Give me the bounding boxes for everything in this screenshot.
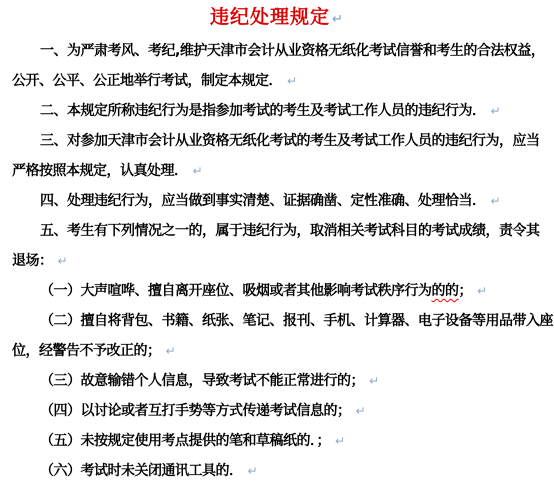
doc-line: 三、对参加天津市会计从业资格无纸化考试的考生及考试工作人员的违纪行为，应当: [12, 126, 544, 156]
paragraph-mark-icon: ↵: [58, 246, 68, 276]
doc-line: 位，经警告不予改正的；↵: [12, 336, 544, 366]
doc-line-text: 位，经警告不予改正的；: [12, 343, 161, 359]
doc-line-text: 严格按照本规定，认真处理．: [12, 163, 188, 179]
doc-line-text: （六）考试时未关闭通讯工具的．: [40, 463, 243, 479]
doc-line: 四、处理违纪行为，应当做到事实清楚、证据确凿、定性准确、处理恰当．↵: [12, 186, 544, 216]
doc-line-text: 公开、公平、公正地举行考试，制定本规定．: [12, 73, 282, 89]
doc-line: 五、考生有下列情况之一的，属于违纪行为，取消相关考试科目的考试成绩，责令其: [12, 216, 544, 246]
doc-line-text: 三、对参加天津市会计从业资格无纸化考试的考生及考试工作人员的违纪行为，应当: [40, 133, 540, 149]
doc-line-text: （五）未按规定使用考点提供的笔和草稿纸的．；: [40, 433, 330, 449]
doc-line: （四）以讨论或者互打手势等方式传递考试信息的；↵: [12, 396, 544, 426]
doc-line-text: 二、本规定所称违纪行为是指参加考试的考生及考试工作人员的违纪行为．: [40, 103, 486, 119]
document-title: 违纪处理规定↵: [0, 4, 554, 33]
doc-line: 退场：↵: [12, 246, 544, 276]
doc-line: （二）擅自将背包、书籍、纸张、笔记、报刊、手机、计算器、电子设备等用品带入座: [12, 306, 544, 336]
doc-line: 严格按照本规定，认真处理．↵: [12, 156, 544, 186]
document-title-text: 违纪处理规定: [210, 6, 330, 28]
doc-line-text: （三）故意输错个人信息，导致考试不能正常进行的；: [40, 373, 364, 389]
paragraph-mark-icon: ↵: [332, 12, 344, 27]
paragraph-mark-icon: ↵: [248, 456, 258, 483]
paragraph-mark-icon: ↵: [491, 186, 501, 216]
paragraph-mark-icon: ↵: [369, 366, 379, 396]
doc-line-text: （二）擅自将背包、书籍、纸张、笔记、报刊、手机、计算器、电子设备等用品带入座: [40, 313, 553, 329]
doc-line: 一、为严肃考风、考纪,维护天津市会计从业资格无纸化考试信誉和考生的合法权益，: [12, 36, 544, 66]
doc-line: （一）大声喧哗、擅自离开座位、吸烟或者其他影响考试秩序行为的的；↵: [12, 276, 544, 306]
doc-line-text: （四）以讨论或者互打手势等方式传递考试信息的；: [40, 403, 351, 419]
document-page: 违纪处理规定↵ 一、为严肃考风、考纪,维护天津市会计从业资格无纸化考试信誉和考生…: [0, 0, 554, 483]
doc-line-text: 一、为严肃考风、考纪,维护天津市会计从业资格无纸化考试信誉和考生的合法权益，: [40, 43, 544, 59]
paragraph-mark-icon: ↵: [166, 336, 176, 366]
paragraph-mark-icon: ↵: [287, 66, 297, 96]
document-body: 一、为严肃考风、考纪,维护天津市会计从业资格无纸化考试信誉和考生的合法权益， 公…: [12, 36, 544, 483]
doc-line-text: 四、处理违纪行为，应当做到事实清楚、证据确凿、定性准确、处理恰当．: [40, 193, 486, 209]
doc-line: 公开、公平、公正地举行考试，制定本规定．↵: [12, 66, 544, 96]
doc-line-text: 五、考生有下列情况之一的，属于违纪行为，取消相关考试科目的考试成绩，责令其: [40, 223, 540, 239]
paragraph-mark-icon: ↵: [477, 276, 487, 306]
doc-line-text: ；: [459, 283, 473, 299]
doc-line: （五）未按规定使用考点提供的笔和草稿纸的．；↵: [12, 426, 544, 456]
paragraph-mark-icon: ↵: [193, 156, 203, 186]
paragraph-mark-icon: ↵: [335, 426, 345, 456]
doc-line-text: 退场：: [12, 253, 53, 269]
spellcheck-squiggle-text: 的的: [432, 283, 459, 299]
doc-line-text: （一）大声喧哗、擅自离开座位、吸烟或者其他影响考试秩序行为: [40, 283, 432, 299]
paragraph-mark-icon: ↵: [491, 96, 501, 126]
doc-line: （三）故意输错个人信息，导致考试不能正常进行的；↵: [12, 366, 544, 396]
doc-line: （六）考试时未关闭通讯工具的．↵: [12, 456, 544, 483]
paragraph-mark-icon: ↵: [356, 396, 366, 426]
doc-line: 二、本规定所称违纪行为是指参加考试的考生及考试工作人员的违纪行为．↵: [12, 96, 544, 126]
